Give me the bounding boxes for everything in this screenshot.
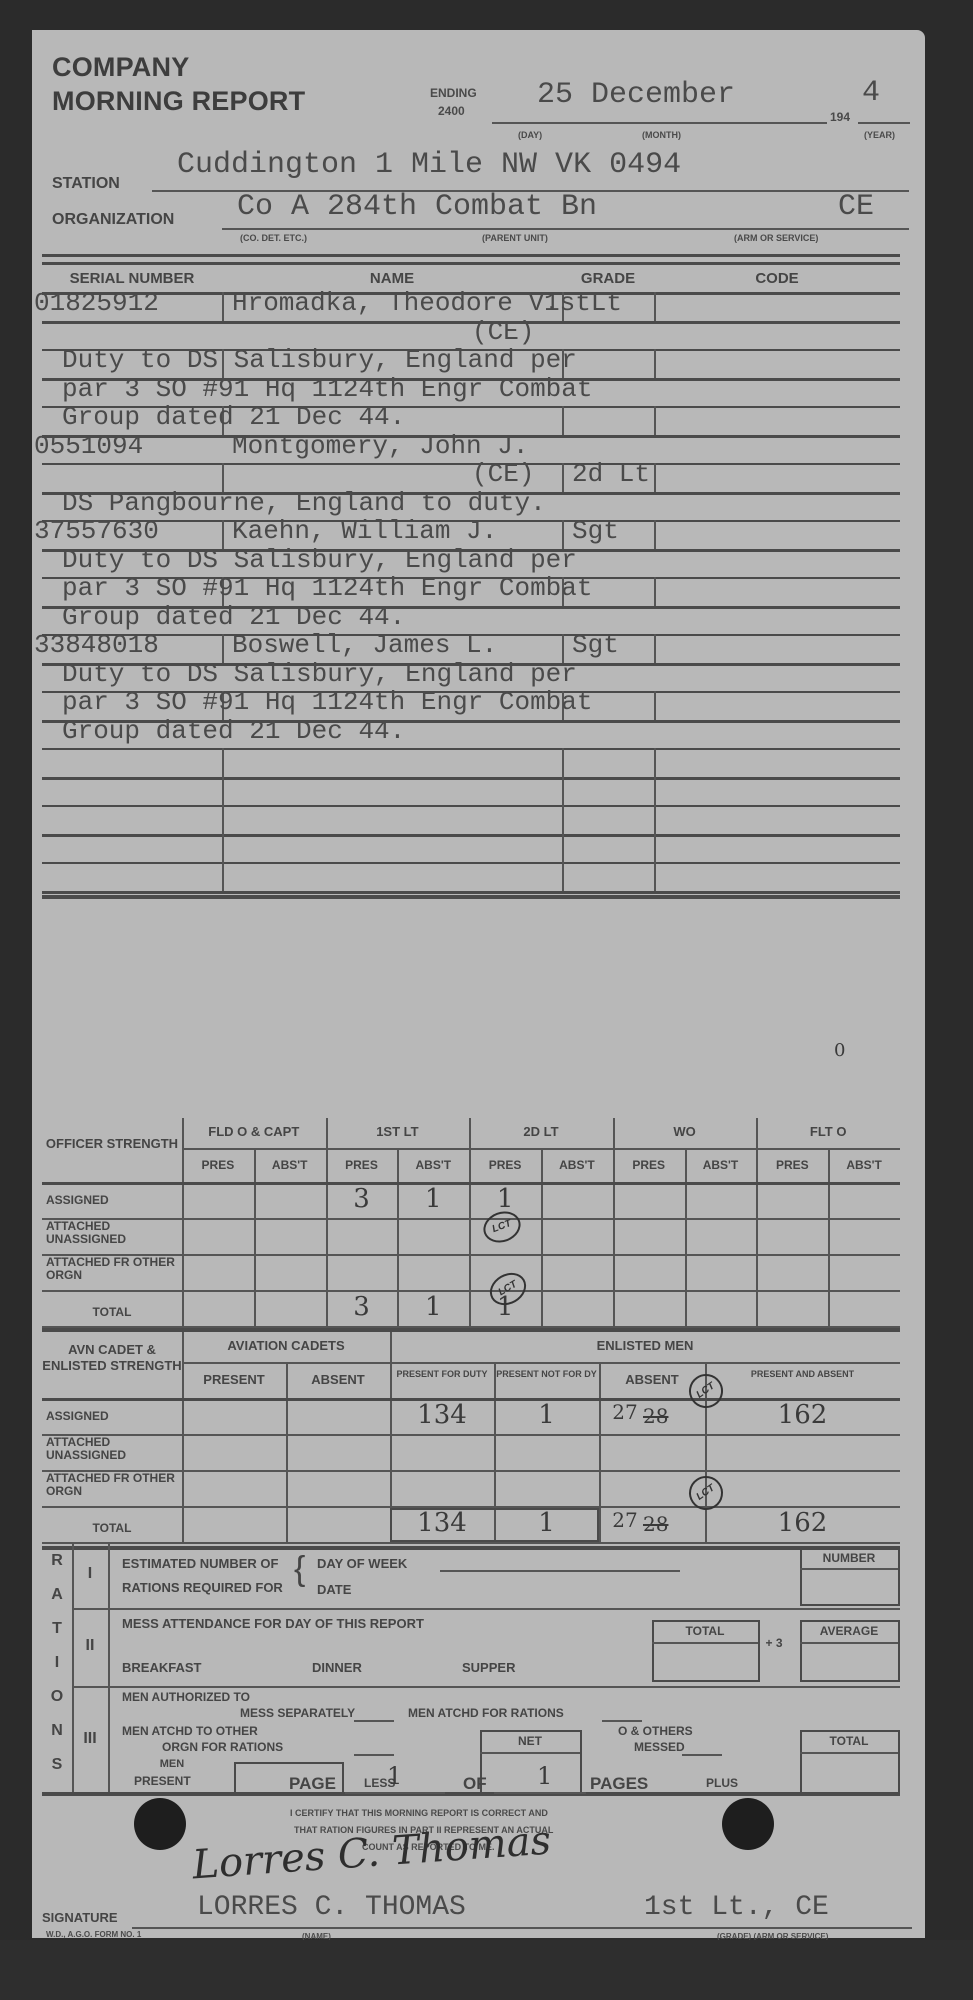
year-line [858,122,910,124]
atchd-other-label-1: MEN ATCHD TO OTHER [122,1724,258,1738]
enlisted-sub-header: PRESENT NOT FOR DY [494,1368,599,1380]
arm-caption: (ARM OR SERVICE) [734,233,818,243]
roster-header: NAME [222,270,562,287]
page-total: 1 [537,1762,552,1790]
officer-row-label: ASSIGNED [46,1194,178,1207]
day-caption: (DAY) [518,130,542,140]
signature-label: SIGNATURE [42,1910,118,1925]
roster-column-divider [654,577,656,606]
remarks-line: Group dated 21 Dec 44. [62,716,405,746]
remarks-line: Duty to DS Salisbury, England per [62,545,577,575]
column-divider [599,1362,601,1542]
station-value: Cuddington 1 Mile NW VK 0494 [177,148,681,182]
officer-row-label: ATTACHED FR OTHER ORGN [46,1256,178,1282]
supper-label: SUPPER [462,1660,515,1675]
ending-time: 2400 [438,104,465,118]
rations-side-letter: T [42,1620,72,1638]
officer-group-header: 2D LT [469,1124,613,1139]
enlisted-row-label: ASSIGNED [46,1410,178,1423]
rule [800,1568,898,1570]
mess-attendance-label: MESS ATTENDANCE FOR DAY OF THIS REPORT [122,1616,424,1631]
certify-line-1: I CERTIFY THAT THIS MORNING REPORT IS CO… [290,1808,548,1818]
of-label: OF [463,1774,487,1794]
column-divider [828,1148,830,1326]
roster-header: SERIAL NUMBER [42,270,222,287]
total-box [390,1508,599,1542]
report-date: 25 December [537,78,735,112]
aviation-cadets-header: AVIATION CADETS [182,1338,390,1353]
roster-column-divider [654,691,656,720]
column-divider [254,1148,256,1326]
morning-report-form: COMPANY MORNING REPORT ENDING 2400 25 De… [32,30,925,1938]
form-title-line2: MORNING REPORT [52,86,305,117]
atchd-other-field[interactable] [354,1754,394,1756]
arm-value: CE [838,190,874,224]
pages-line [494,1792,586,1794]
divide-by-three: + 3 [764,1636,784,1650]
atchd-other-label-2: ORGN FOR RATIONS [162,1740,283,1754]
atchd-rations-field[interactable] [602,1720,642,1722]
roster-column-divider [562,777,564,806]
enlisted-count: 162 [705,1508,900,1538]
roster-column-divider [654,805,656,834]
officer-row-label: ATTACHED UNASSIGNED [46,1220,178,1246]
officer-group-header: FLT O [756,1124,900,1139]
roster-rule [42,862,900,864]
date-line [492,122,827,124]
signer-grade: 1st Lt., CE [644,1892,829,1923]
officer-sub-header: PRES [613,1158,685,1172]
others-label-2: MESSED [634,1740,685,1754]
roster-column-divider [654,862,656,891]
remarks-line: Group dated 21 Dec 44. [62,402,405,432]
rations-divider [108,1542,110,1794]
roster-bottom-rule [42,895,900,899]
roster-top-rule [42,254,900,257]
men-present-label-1: MEN [122,1758,222,1770]
roster-rule [42,805,900,807]
officer-sub-header: ABS'T [254,1158,326,1172]
roster-rule [42,463,900,465]
authorized-label-2: MESS SEPARATELY [240,1706,355,1720]
roster-column-divider [654,463,656,492]
roster-column-divider [562,834,564,863]
enlisted-bottom-rule [42,1546,900,1550]
enlisted-count: 27 [605,1400,645,1424]
enlisted-count: 162 [705,1400,900,1430]
rations-side-letter: O [42,1688,72,1706]
officer-count: 3 [326,1292,398,1322]
enlisted-men-header: ENLISTED MEN [390,1338,900,1353]
organization-label: ORGANIZATION [52,211,174,229]
enlisted-row-label: ATTACHED UNASSIGNED [46,1436,178,1462]
page-number: 1 [387,1762,402,1790]
signature-line [132,1927,912,1929]
organization-line [222,228,909,230]
others-messed-field[interactable] [682,1754,722,1756]
officer-bottom-rule [42,1328,900,1332]
net-label: NET [480,1734,580,1748]
rations-side-letter: I [42,1654,72,1672]
rule [42,1542,900,1544]
rations-section-number: III [72,1730,108,1748]
roster-column-divider [654,349,656,378]
officer-row-label: TOTAL [46,1306,178,1319]
roster-rule [42,834,900,837]
rations-side-letter: R [42,1552,72,1570]
rule [480,1752,580,1754]
struck-value: 28 [643,1512,668,1536]
rule [652,1642,758,1644]
rations-section-number: II [72,1637,108,1655]
rule [800,1752,898,1754]
officer-sub-header: PRES [182,1158,254,1172]
roster-column-divider [562,463,564,492]
roster-column-divider [654,777,656,806]
soldier-name: Kaehn, William J. [232,516,497,546]
officer-group-header: WO [613,1124,757,1139]
roster-column-divider [222,834,224,863]
roster-column-divider [654,292,656,321]
brace: { [294,1550,305,1589]
roster-header: GRADE [562,270,654,287]
officer-count: 1 [397,1184,469,1214]
roster-column-divider [654,834,656,863]
roster-column-divider [654,520,656,549]
number-label: NUMBER [800,1551,898,1565]
roster-column-divider [562,805,564,834]
roster-rule [42,321,900,324]
officer-count: 3 [326,1184,398,1214]
column-divider [685,1148,687,1326]
rule [182,1148,900,1150]
officer-group-header: 1ST LT [326,1124,470,1139]
struck-value: 28 [643,1404,668,1428]
station-label: STATION [52,175,120,193]
rations-side-letter: A [42,1586,72,1604]
enlisted-sub-header: PRESENT [182,1374,286,1386]
officer-sub-header: PRES [326,1158,398,1172]
soldier-grade: 1stLt [544,288,622,318]
year-prefix: 194 [830,110,850,124]
authorized-label-1: MEN AUTHORIZED TO [122,1690,250,1704]
enlisted-sub-header: PRESENT FOR DUTY [390,1368,494,1380]
form-title-line1: COMPANY [52,52,189,83]
month-caption: (MONTH) [642,130,681,140]
binder-hole-right [722,1798,774,1850]
parent-caption: (PARENT UNIT) [482,233,548,243]
scanner-background [0,1940,973,2000]
roster-column-divider [222,748,224,777]
officer-count: 1 [469,1184,541,1214]
serial-number: 33848018 [34,630,159,660]
serial-number: 37557630 [34,516,159,546]
remarks-line: DS Pangbourne, England to duty. [62,488,546,518]
remarks-line: par 3 SO #91 Hq 1124th Engr Combat [62,573,593,603]
roster-column-divider [562,406,564,435]
others-label-1: O & OTHERS [618,1724,693,1738]
soldier-name: Hromadka, Theodore V. [232,288,560,318]
enlisted-count: 27 [605,1508,645,1532]
serial-number: 01825912 [34,288,159,318]
ending-label: ENDING [430,86,477,100]
roster-column-divider [222,292,224,321]
soldier-grade: 2d Lt [572,459,650,489]
roster-header: CODE [654,270,900,287]
estimated-label-1: ESTIMATED NUMBER OF [122,1556,278,1571]
enlisted-count: 134 [390,1400,494,1430]
roster-rule [42,748,900,750]
breakfast-label: BREAKFAST [122,1660,201,1675]
enlisted-sub-header: ABSENT [286,1374,390,1386]
roster-rule [42,891,900,894]
binder-hole-left [134,1798,186,1850]
date-label: DATE [317,1582,351,1597]
remarks-line: par 3 SO #91 Hq 1124th Engr Combat [62,687,593,717]
enlisted-count: 1 [494,1400,599,1430]
officer-sub-header: ABS'T [685,1158,757,1172]
margin-mark: 0 [834,1040,845,1061]
remarks-line: Group dated 21 Dec 44. [62,602,405,632]
officer-group-header: FLD O & CAPT [182,1124,326,1139]
day-of-week-label: DAY OF WEEK [317,1556,407,1571]
roster-column-divider [222,805,224,834]
day-of-week-field[interactable] [440,1570,680,1572]
serial-number: 0551094 [34,431,143,461]
enlisted-sub-header: PRESENT AND ABSENT [705,1368,900,1380]
roster-column-divider [562,748,564,777]
report-year: 4 [862,76,880,110]
soldier-name: Montgomery, John J. [232,431,528,461]
enlisted-strength-title: AVN CADET & ENLISTED STRENGTH [42,1342,182,1374]
form-number: W.D., A.G.O. FORM NO. 1 [46,1930,141,1939]
column-divider [541,1148,543,1326]
officer-sub-header: PRES [469,1158,541,1172]
officer-sub-header: ABS'T [541,1158,613,1172]
co-caption: (CO. DET. ETC.) [240,233,307,243]
rule [800,1642,898,1644]
estimated-label-2: RATIONS REQUIRED FOR [122,1580,283,1595]
officer-count: 1 [397,1292,469,1322]
pages-label: PAGES [590,1774,648,1794]
officer-sub-header: ABS'T [828,1158,900,1172]
average-label: AVERAGE [800,1624,898,1638]
rations-section-number: I [72,1565,108,1583]
enlisted-row-label: ATTACHED FR OTHER ORGN [46,1472,178,1498]
men-present-label-2: PRESENT [134,1774,191,1788]
atchd-rations-label: MEN ATCHD FOR RATIONS [408,1706,564,1720]
page-line [345,1792,445,1794]
column-divider [182,1332,184,1542]
soldier-name: (CE) [472,459,534,489]
column-divider [286,1362,288,1542]
officer-sub-header: PRES [756,1158,828,1172]
roster-header-rule [42,262,900,265]
rations-side-letter: S [42,1756,72,1774]
remarks-line: par 3 SO #91 Hq 1124th Engr Combat [62,374,593,404]
total-label-2: TOTAL [800,1734,898,1748]
year-caption: (YEAR) [864,130,895,140]
roster-column-divider [562,862,564,891]
total-label: TOTAL [652,1624,758,1638]
remarks-line: Duty to DS Salisbury, England per [62,659,577,689]
rule [72,1686,900,1688]
rule [72,1608,900,1610]
mess-separately-field[interactable] [354,1720,394,1722]
roster-column-divider [222,862,224,891]
dinner-label: DINNER [312,1660,362,1675]
rations-side-letter: N [42,1722,72,1740]
organization-value: Co A 284th Combat Bn [237,190,597,224]
soldier-grade: Sgt [572,630,619,660]
plus-label: PLUS [706,1776,738,1790]
rule [182,1362,900,1364]
page-label: PAGE [289,1774,336,1794]
roster-column-divider [654,634,656,663]
officer-sub-header: ABS'T [397,1158,469,1172]
soldier-grade: Sgt [572,516,619,546]
enlisted-row-label: TOTAL [46,1522,178,1535]
remarks-line: Duty to DS Salisbury, England per [62,345,577,375]
officer-strength-title: OFFICER STRENGTH [42,1136,182,1152]
roster-column-divider [654,406,656,435]
roster-rule [42,777,900,780]
signer-name: LORRES C. THOMAS [197,1892,466,1923]
soldier-name: (CE) [472,317,534,347]
roster-column-divider [222,777,224,806]
soldier-name: Boswell, James L. [232,630,497,660]
roster-column-divider [654,748,656,777]
